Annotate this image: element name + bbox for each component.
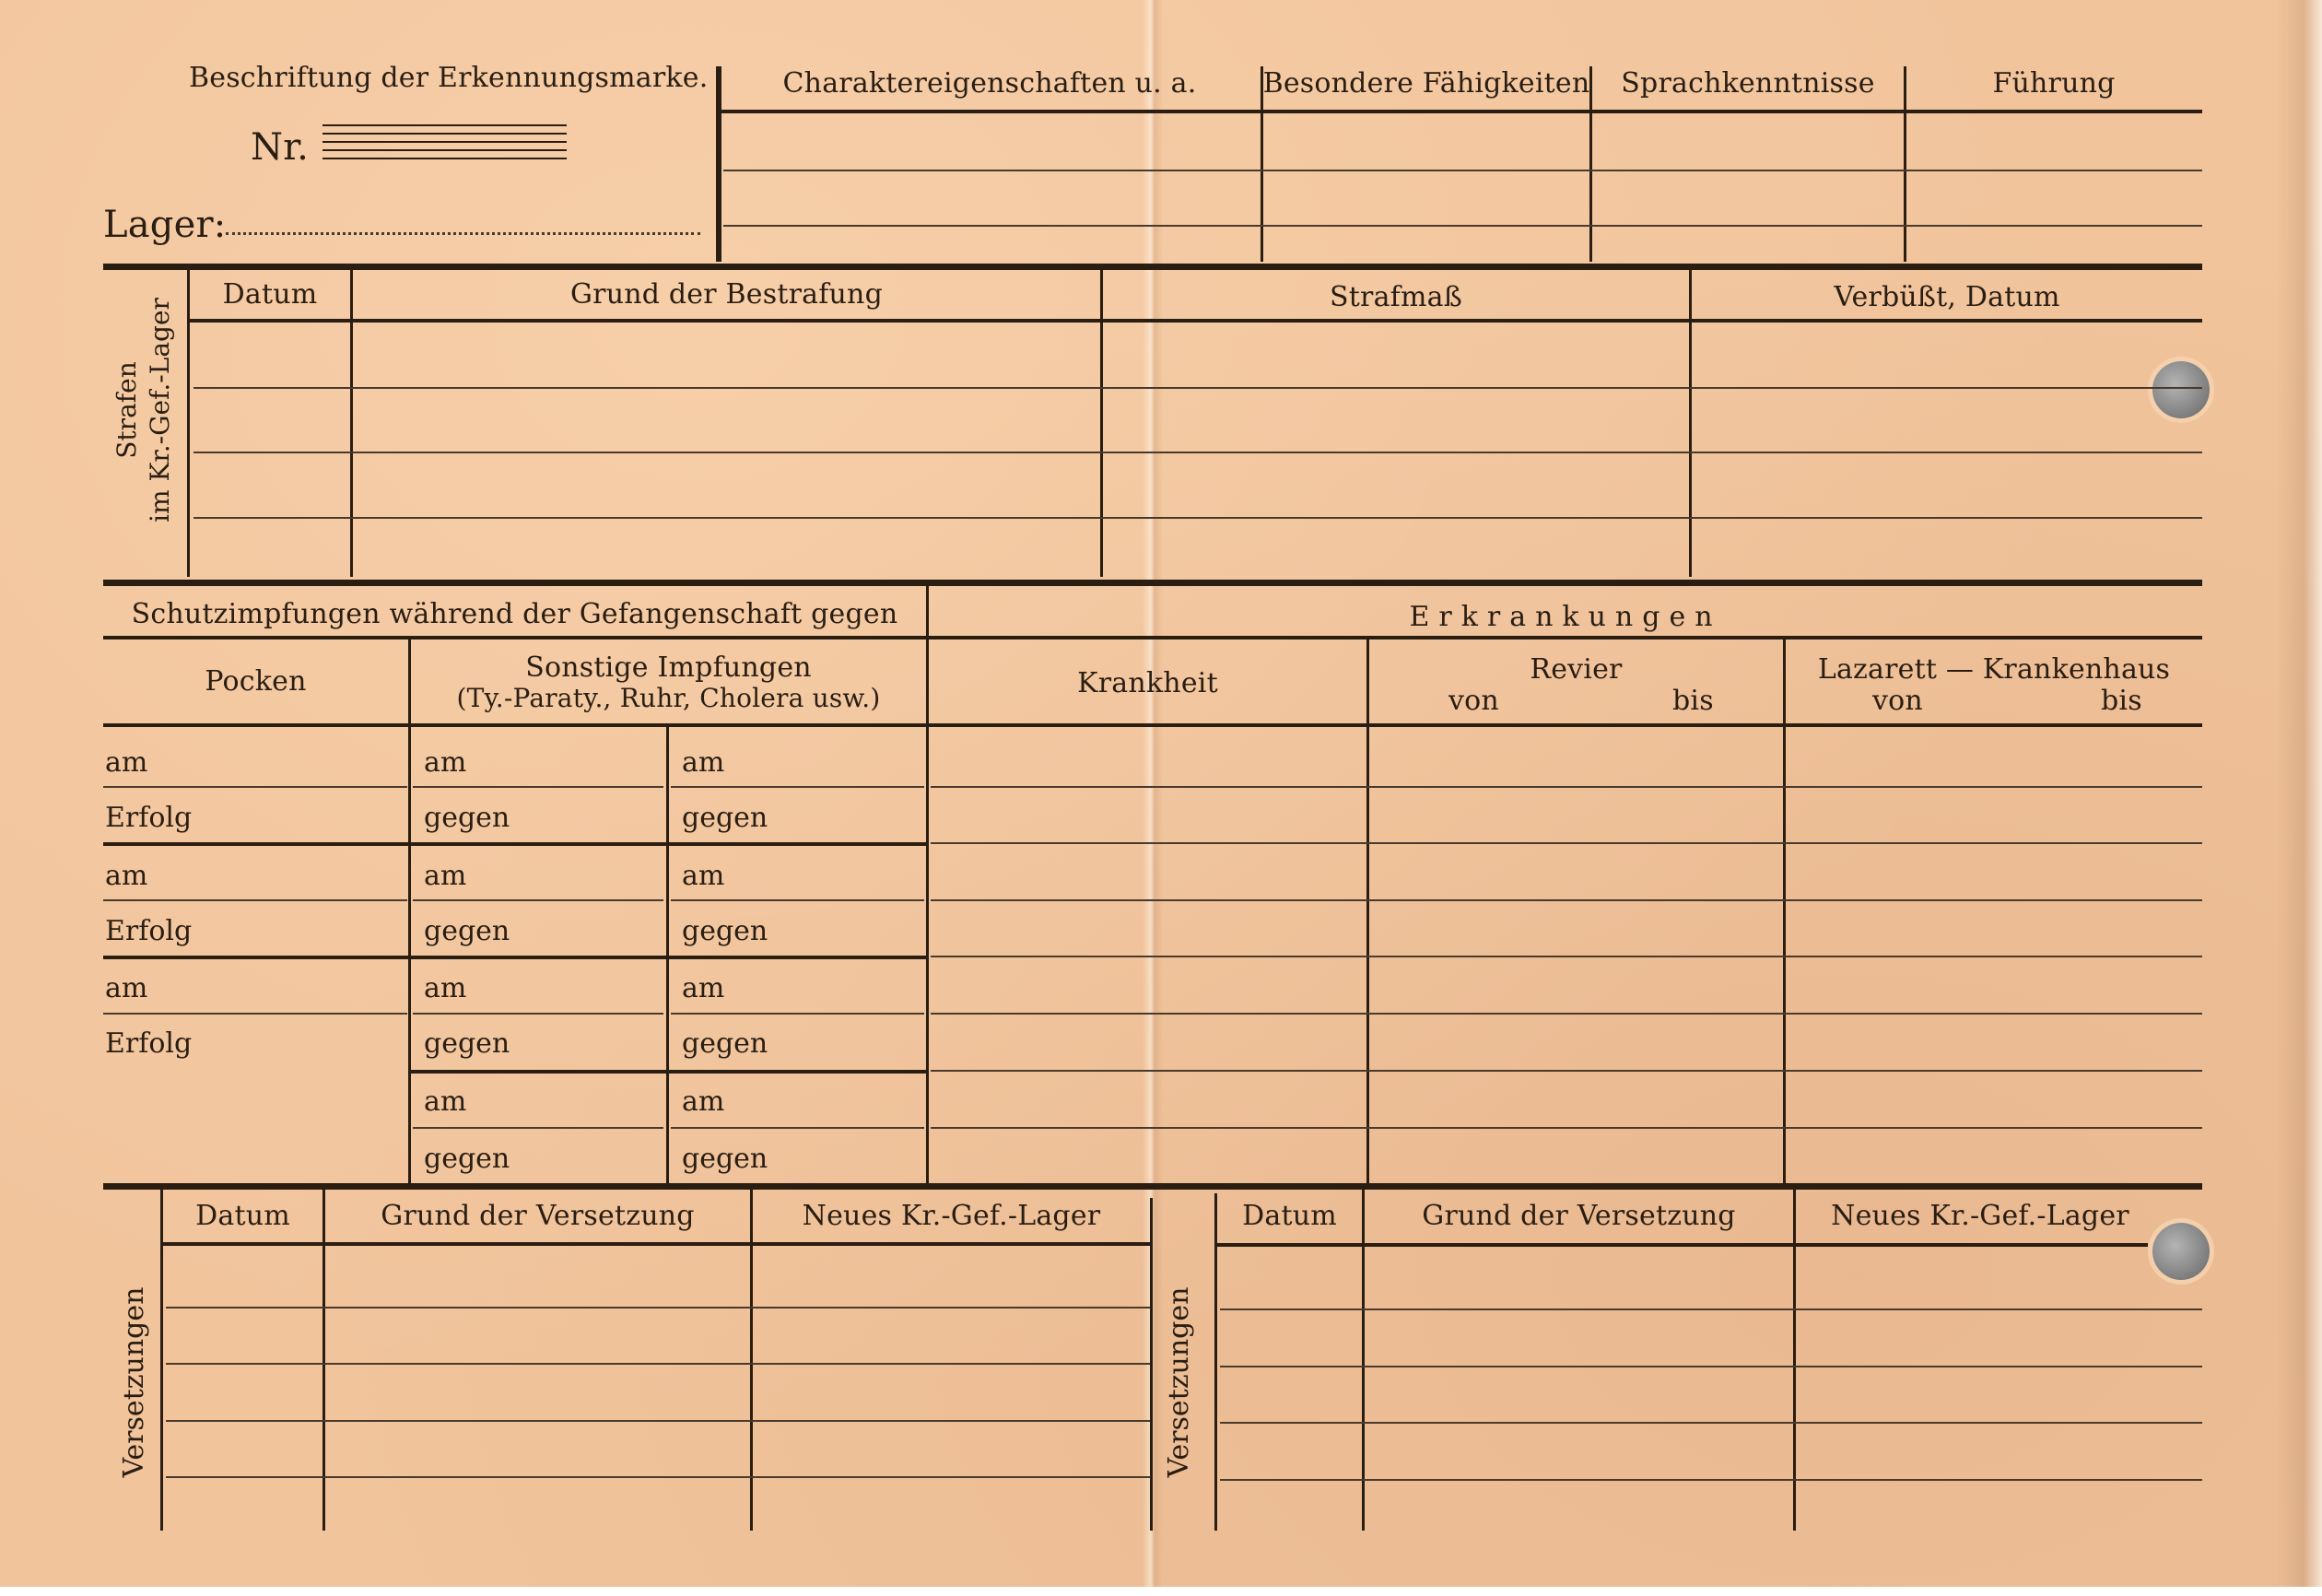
col-header-date: Datum <box>190 281 350 309</box>
col-header-date: Datum <box>1217 1203 1362 1230</box>
col-header-character: Charaktereigenschaften u. a. <box>719 70 1261 98</box>
rule <box>1217 1243 2148 1247</box>
col-header-penalty: Strafmaß <box>1103 284 1689 311</box>
lager-label: Lager: <box>103 206 227 243</box>
col-header-other-vaccines-detail: (Ty.-Paraty., Ruhr, Cholera usw.) <box>411 686 926 711</box>
col-header-pocken: Pocken <box>103 668 408 696</box>
character-field[interactable] <box>723 115 1258 263</box>
transfers-side-label: Versetzungen <box>118 1272 150 1493</box>
rule <box>103 636 2202 640</box>
vaccination-title: Schutzimpfungen während der Gefangenscha… <box>103 601 926 628</box>
illness-table-body[interactable] <box>929 728 2202 1183</box>
section-rule <box>103 264 2202 270</box>
col-header-served: Verbüßt, Datum <box>1692 284 2202 311</box>
col-header-conduct: Führung <box>1906 70 2202 98</box>
col-header-revier: Revier <box>1369 656 1783 684</box>
revier-from-label: von <box>1448 687 1499 715</box>
transfers-side-label: Versetzungen <box>1163 1272 1195 1493</box>
rule <box>719 110 2202 113</box>
divider <box>1150 1198 1153 1531</box>
hospital-to-label: bis <box>2101 687 2142 715</box>
col-header-other-vaccines: Sonstige Impfungen <box>411 654 926 682</box>
skills-field[interactable] <box>1266 115 1589 263</box>
col-header-date: Datum <box>163 1203 322 1230</box>
lager-field[interactable] <box>226 232 700 235</box>
rule <box>190 319 2202 323</box>
col-header-skills: Besondere Fähigkeiten <box>1262 70 1590 98</box>
card-edge <box>2276 0 2322 1596</box>
conduct-field[interactable] <box>1909 115 2202 263</box>
revier-to-label: bis <box>1672 687 1714 715</box>
col-header-hospital: Lazarett — Krankenhaus <box>1786 656 2202 684</box>
rule <box>103 723 2202 727</box>
hospital-from-label: von <box>1872 687 1923 715</box>
col-header-languages: Sprachkenntnisse <box>1592 70 1904 98</box>
strafen-side-label: Strafen im Kr.-Gef.-Lager <box>111 286 177 534</box>
strafen-label-line1: Strafen <box>111 286 144 534</box>
col-header-reason: Grund der Bestrafung <box>353 281 1100 309</box>
nr-label: Nr. <box>251 129 309 166</box>
rule <box>163 1242 1150 1246</box>
col-header-transfer-reason: Grund der Versetzung <box>1365 1203 1793 1230</box>
illness-title: Erkrankungen <box>929 604 2202 631</box>
col-header-illness: Krankheit <box>929 670 1366 698</box>
tag-label: Beschriftung der Erkennungsmarke. <box>189 65 708 92</box>
col-header-new-camp: Neues Kr.-Gef.-Lager <box>753 1203 1150 1230</box>
strafen-table-body[interactable] <box>190 324 2202 577</box>
transfers-table-right-body[interactable] <box>1217 1249 2202 1531</box>
section-rule <box>103 1183 2202 1190</box>
vaccination-table-body[interactable] <box>103 728 926 1183</box>
transfers-table-left-body[interactable] <box>163 1248 1150 1531</box>
col-header-new-camp: Neues Kr.-Gef.-Lager <box>1796 1203 2164 1230</box>
section-rule <box>103 580 2202 586</box>
card-bottom-edge <box>0 1587 2322 1596</box>
strafen-label-line2: im Kr.-Gef.-Lager <box>144 286 177 534</box>
languages-field[interactable] <box>1595 115 1902 263</box>
col-header-transfer-reason: Grund der Versetzung <box>325 1203 750 1230</box>
